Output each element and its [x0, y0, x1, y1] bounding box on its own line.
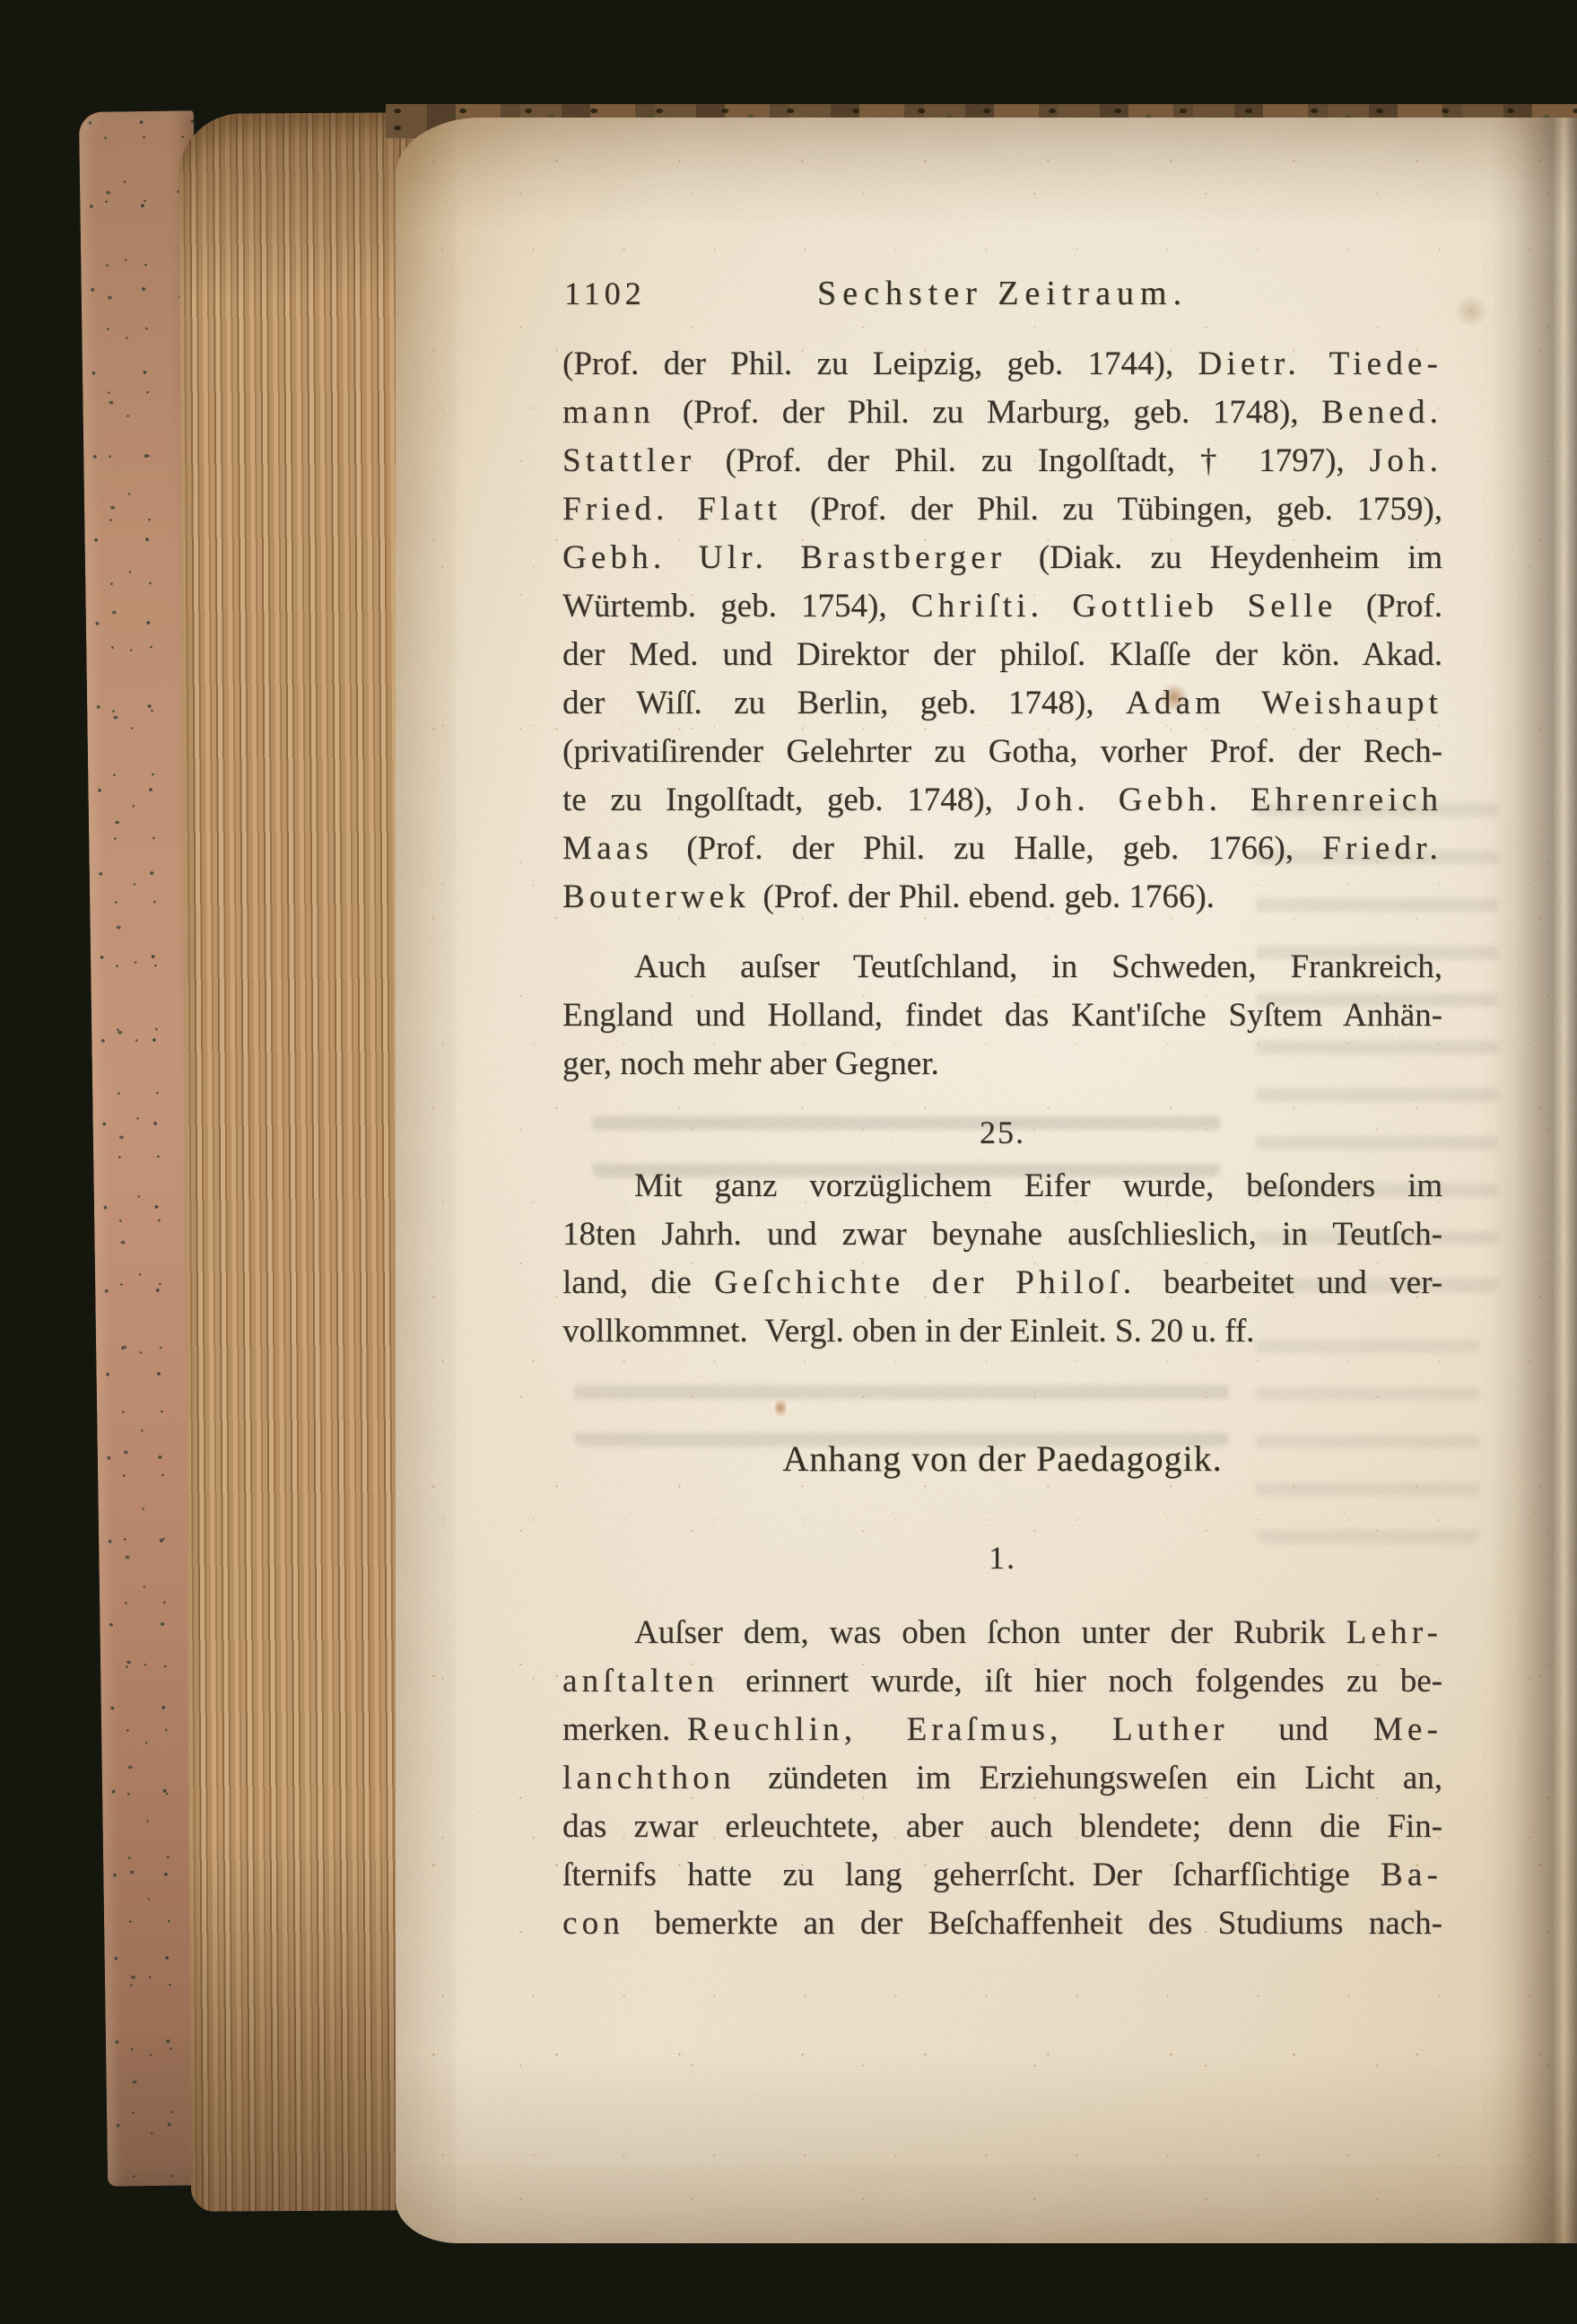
letterspaced-name: Lehr- [1346, 1614, 1442, 1651]
text-segment: Mit ganz vorzüglichem Eifer wurde, beſon… [634, 1167, 1442, 1204]
text-segment: vollkommnet. Vergl. oben in der Einleit.… [562, 1313, 1254, 1350]
text-segment: (Prof. [1366, 588, 1442, 625]
text-line: 18ten Jahrh. und zwar beynahe ausſchlies… [562, 1210, 1442, 1259]
letterspaced-name: Chriſti. Gottlieb Selle [911, 588, 1366, 625]
letterspaced-name: Fried. Flatt [562, 491, 810, 528]
text-line: (privatiſirender Gelehrter zu Gotha, vor… [562, 728, 1442, 776]
letterspaced-name: Friedr. [1322, 830, 1442, 867]
page-header: 1102 Sechster Zeitraum. [562, 269, 1442, 318]
text-segment: der Wiſſ. zu Berlin, geb. 1748), [562, 685, 1126, 721]
text-line: anſtalten erinnert wurde, iſt hier noch … [562, 1657, 1442, 1706]
text-segment: das zwar erleuchtete, aber auch blendete… [562, 1808, 1442, 1845]
text-segment: (Diak. zu Heydenheim im [1039, 539, 1442, 576]
text-line: merken. Reuchlin, Eraſmus, Luther und Me… [562, 1706, 1442, 1754]
letterspaced-name: Joh. [1370, 442, 1442, 479]
text-line: ſternifs hatte zu lang geherrſcht. Der ſ… [562, 1851, 1442, 1900]
letterspaced-name: mann [562, 394, 683, 431]
text-line: Auch auſser Teutſchland, in Schweden, Fr… [562, 943, 1442, 992]
text-segment: bearbeitet und ver- [1163, 1264, 1442, 1301]
text-line: Auſser dem, was oben ſchon unter der Rub… [562, 1609, 1442, 1657]
text-segment: (Prof. der Phil. ebend. geb. 1766). [762, 878, 1215, 915]
text-line: der Wiſſ. zu Berlin, geb. 1748), Adam We… [562, 679, 1442, 728]
text-line: lanchthon zündeten im Erziehungsweſen ei… [562, 1754, 1442, 1803]
text-segment: und [1278, 1711, 1373, 1748]
text-line: das zwar erleuchtete, aber auch blendete… [562, 1803, 1442, 1851]
paragraph: Auſser dem, was oben ſchon unter der Rub… [562, 1609, 1442, 1948]
text-line: Maas (Prof. der Phil. zu Halle, geb. 176… [562, 825, 1442, 873]
text-segment: (Prof. der Phil. zu Marburg, geb. 1748), [683, 394, 1321, 431]
text-segment: (Prof. der Phil. zu Leipzig, geb. 1744), [562, 345, 1198, 382]
letterspaced-name: Dietr. Tiede- [1198, 345, 1442, 382]
text-segment: ſternifs hatte zu lang geherrſcht. Der ſ… [562, 1857, 1381, 1893]
paragraph: (Prof. der Phil. zu Leipzig, geb. 1744),… [562, 340, 1442, 922]
text-line: Fried. Flatt (Prof. der Phil. zu Tübinge… [562, 485, 1442, 534]
text-line: Bouterwek (Prof. der Phil. ebend. geb. 1… [562, 873, 1442, 922]
letterspaced-name: anſtalten [562, 1663, 745, 1699]
running-title: Sechster Zeitraum. [562, 269, 1442, 318]
letterspaced-name: Gebh. Ulr. Brastberger [562, 539, 1039, 576]
letterspaced-name: Adam Weishaupt [1126, 685, 1442, 721]
letterspaced-name: Maas [562, 830, 686, 867]
paper-stain [1453, 296, 1489, 327]
text-segment: Auch auſser Teutſchland, in Schweden, Fr… [634, 948, 1442, 985]
text-segment: Würtemb. geb. 1754), [562, 588, 911, 625]
text-line: (Prof. der Phil. zu Leipzig, geb. 1744),… [562, 340, 1442, 389]
text-segment: der Med. und Direktor der philoſ. Klaſſe… [562, 636, 1442, 673]
text-line: vollkommnet. Vergl. oben in der Einleit.… [562, 1307, 1442, 1356]
letterspaced-name: Me- [1373, 1711, 1442, 1748]
text-segment: (Prof. der Phil. zu Tübingen, geb. 1759)… [810, 491, 1442, 528]
text-line: Mit ganz vorzüglichem Eifer wurde, beſon… [562, 1162, 1442, 1210]
text-segment: bemerkte an der Beſchaffenheit des Studi… [655, 1905, 1442, 1942]
text-segment: te zu Ingolſtadt, geb. 1748), [562, 782, 1016, 818]
text-line: te zu Ingolſtadt, geb. 1748), Joh. Gebh.… [562, 776, 1442, 825]
text-line: Würtemb. geb. 1754), Chriſti. Gottlieb S… [562, 582, 1442, 631]
letterspaced-name: Reuchlin, Eraſmus, Luther [687, 1711, 1278, 1748]
text-segment: Auſser dem, was oben ſchon unter der Rub… [634, 1614, 1346, 1651]
section-number: 1. [562, 1533, 1442, 1582]
letterspaced-name: Geſchichte der Philoſ. [714, 1264, 1163, 1301]
text-line: England und Holland, findet das Kant'iſc… [562, 992, 1442, 1040]
paragraph: Auch auſser Teutſchland, in Schweden, Fr… [562, 943, 1442, 1088]
text-segment: (Prof. der Phil. zu Ingolſtadt, † 1797), [725, 442, 1369, 479]
text-segment: (privatiſirender Gelehrter zu Gotha, vor… [562, 733, 1442, 770]
section-number: 25. [562, 1108, 1442, 1157]
text-line: der Med. und Direktor der philoſ. Klaſſe… [562, 631, 1442, 679]
text-line: con bemerkte an der Beſchaffenheit des S… [562, 1900, 1442, 1948]
letterspaced-name: con [562, 1905, 655, 1942]
letterspaced-name: Bened. [1321, 394, 1442, 431]
text-segment: zündeten im Erziehungsweſen ein Licht an… [768, 1760, 1442, 1796]
page-block-edges [179, 112, 431, 2212]
text-segment: England und Holland, findet das Kant'iſc… [562, 997, 1442, 1034]
text-segment: land, die [562, 1264, 714, 1301]
letterspaced-name: lanchthon [562, 1760, 768, 1796]
text-segment: (Prof. der Phil. zu Halle, geb. 1766), [686, 830, 1322, 867]
text-segment: erinnert wurde, iſt hier noch folgendes … [745, 1663, 1442, 1699]
text-line: ger, noch mehr aber Gegner. [562, 1040, 1442, 1088]
text-segment: ger, noch mehr aber Gegner. [562, 1045, 939, 1082]
paragraph: Mit ganz vorzüglichem Eifer wurde, beſon… [562, 1162, 1442, 1356]
photo-background: 1102 Sechster Zeitraum. (Prof. der Phil.… [0, 0, 1577, 2324]
section-title: Anhang von der Paedagogik. [562, 1433, 1442, 1485]
text-line: land, die Geſchichte der Philoſ. bearbei… [562, 1259, 1442, 1307]
letterspaced-name: Joh. Gebh. Ehrenreich [1016, 782, 1442, 818]
letterspaced-name: Stattler [562, 442, 725, 479]
text-line: mann (Prof. der Phil. zu Marburg, geb. 1… [562, 389, 1442, 437]
text-line: Gebh. Ulr. Brastberger (Diak. zu Heydenh… [562, 534, 1442, 582]
letterspaced-name: Ba- [1381, 1857, 1442, 1893]
page-fold-shadow [1491, 118, 1577, 2243]
text-segment: 18ten Jahrh. und zwar beynahe ausſchlies… [562, 1216, 1442, 1253]
text-segment: merken. [562, 1711, 687, 1748]
text-line: Stattler (Prof. der Phil. zu Ingolſtadt,… [562, 437, 1442, 485]
page-body: (Prof. der Phil. zu Leipzig, geb. 1744),… [562, 340, 1442, 1948]
letterspaced-name: Bouterwek [562, 878, 762, 915]
